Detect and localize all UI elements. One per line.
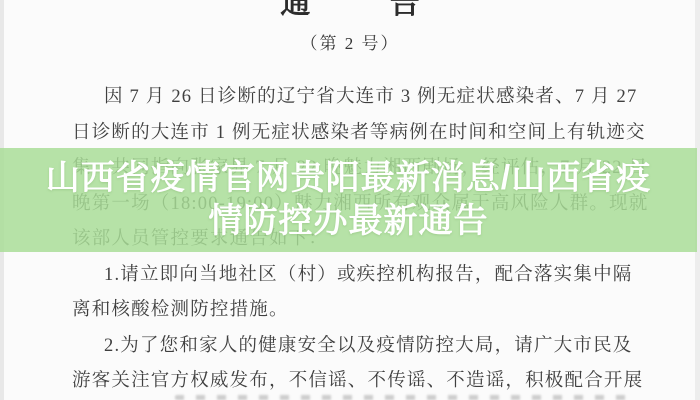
- headline-title: 山西省疫情官网贵阳最新消息/山西省疫 情防控办最新通告: [0, 157, 697, 243]
- headline-line2: 情防控办最新通告: [0, 200, 697, 243]
- notice-line: 2.为了您和家人的健康安全以及疫情防控大局，请广大市民及: [72, 329, 634, 365]
- notice-title: 通 告: [0, 0, 700, 19]
- cropped-bottom-line: [175, 395, 635, 400]
- headline-overlay-band: 山西省疫情官网贵阳最新消息/山西省疫 情防控办最新通告: [0, 148, 697, 252]
- notice-line: 离和核酸检测防控措施。: [72, 293, 634, 329]
- notice-line: 因 7 月 26 日诊断的辽宁省大连市 3 例无症状感染者、7 月 27: [72, 80, 634, 116]
- notice-number: （第 2 号）: [0, 29, 700, 54]
- notice-line: 日诊断的大连市 1 例无症状感染者等病例在时间和空间上有轨迹交: [72, 116, 634, 152]
- notice-line: 1.请立即向当地社区（村）或疾控机构报告，配合落实集中隔: [72, 258, 634, 294]
- headline-line1: 山西省疫情官网贵阳最新消息/山西省疫: [0, 157, 697, 200]
